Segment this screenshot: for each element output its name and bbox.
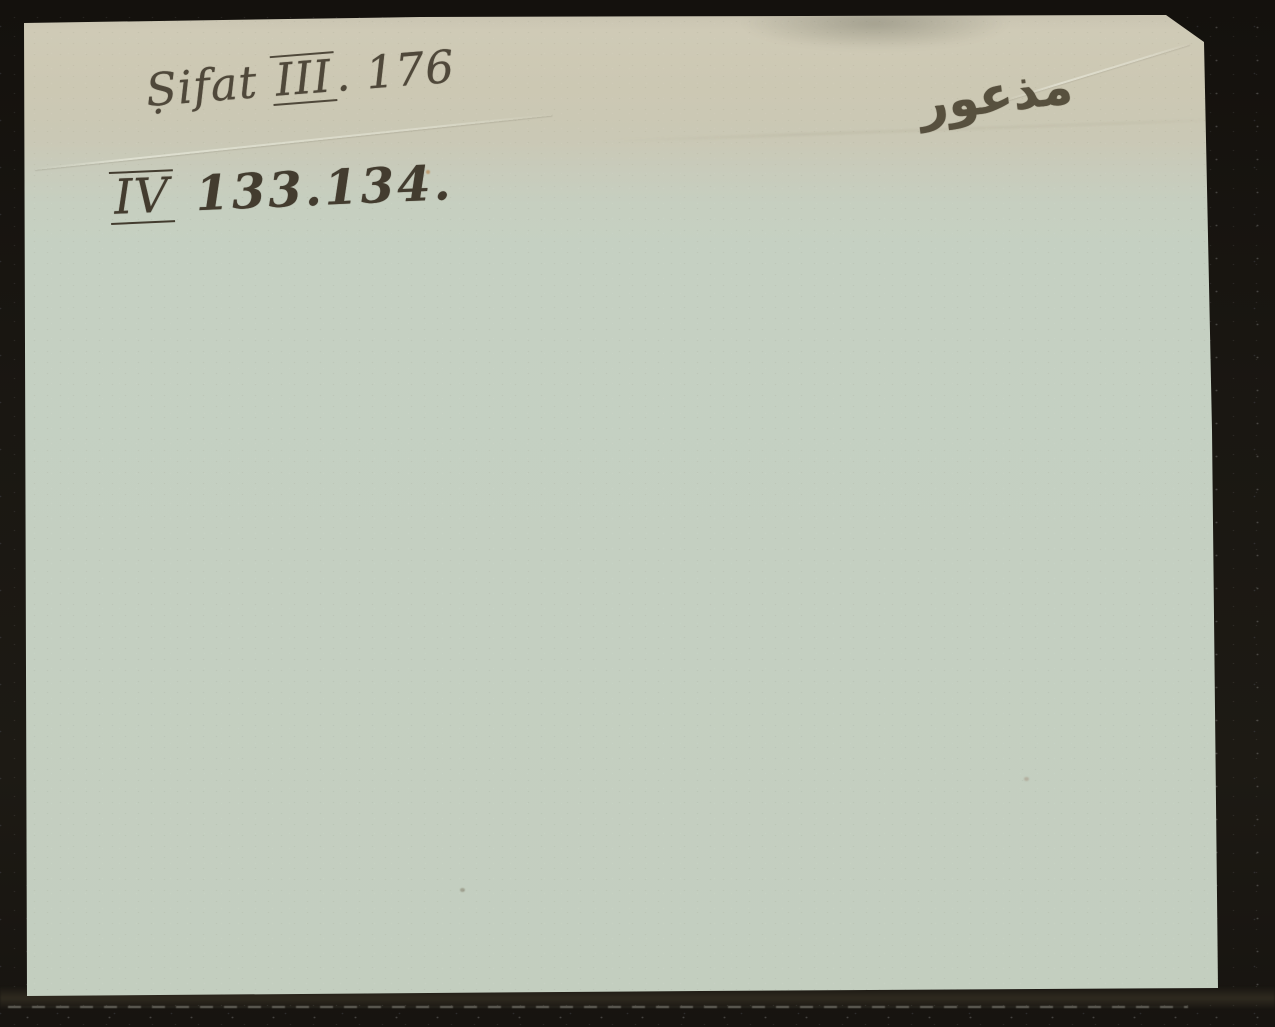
index-card: ṢifatIII. 176 IV133.134. مذعور: [0, 0, 1275, 1027]
paper-speck: [1024, 777, 1029, 781]
paper-speck: [460, 888, 465, 892]
scan-artifact-line: [8, 1006, 1188, 1008]
citation-volume-numeral: III: [269, 51, 337, 106]
citation-volume-numeral: IV: [109, 169, 175, 225]
paper-smudge: [740, 12, 1010, 50]
scan-background: ṢifatIII. 176 IV133.134. مذعور: [0, 0, 1275, 1027]
paper-edge-shading: [0, 0, 1275, 1027]
citation-page-number: . 176: [333, 40, 456, 102]
paper-speck: [426, 170, 430, 174]
citation-work-title: Ṣifat: [144, 55, 260, 117]
citation-page-numbers: 133.134.: [194, 155, 454, 222]
